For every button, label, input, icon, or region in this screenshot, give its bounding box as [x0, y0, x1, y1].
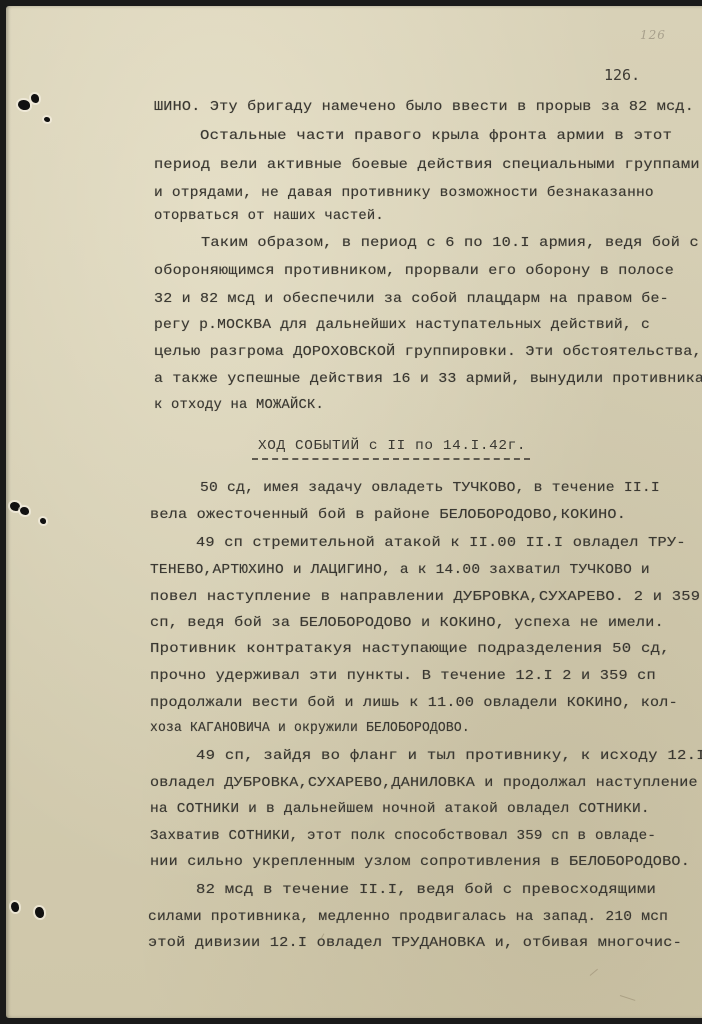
text-line: ШИНО. Эту бригаду намечено было ввести в…: [154, 100, 694, 115]
text-line: вела ожесточенный бой в районе БЕЛОБОРОД…: [150, 508, 626, 523]
text-line: оторваться от наших частей.: [154, 209, 384, 224]
text-line: прочно удерживал эти пункты. В течение 1…: [150, 669, 656, 684]
text-line: Захватив СОТНИКИ, этот полк способствова…: [150, 829, 656, 844]
text-line: сп, ведя бой за БЕЛОБОРОДОВО и КОКИНО, у…: [150, 616, 664, 631]
text-line: обороняющимся противником, прорвали его …: [154, 264, 674, 279]
section-heading: ХОД СОБЫТИЙ с II по 14.I.42г.: [258, 438, 526, 454]
heading-underline: [252, 458, 530, 460]
text-line: хоза КАГАНОВИЧА и окружили БЕЛОБОРОДОВО.: [150, 721, 470, 736]
text-line: 82 мсд в течение II.I, ведя бой с превос…: [196, 883, 656, 898]
text-line: нии сильно укрепленным узлом сопротивлен…: [150, 855, 690, 870]
text-line: 49 сп стремительной атакой к II.00 II.I …: [196, 536, 686, 551]
text-line: целью разгрома ДОРОХОВСКОЙ группировки. …: [154, 345, 702, 360]
text-line: и отрядами, не давая противнику возможно…: [154, 186, 654, 201]
text-line: продолжали вести бой и лишь к 11.00 овла…: [150, 696, 678, 711]
text-line: Остальные части правого крыла фронта арм…: [200, 129, 672, 144]
text-line: а также успешные действия 16 и 33 армий,…: [154, 372, 702, 387]
text-line: овладел ДУБРОВКА,СУХАРЕВО,ДАНИЛОВКА и пр…: [150, 776, 698, 791]
text-line: Таким образом, в период с 6 по 10.I арми…: [201, 236, 699, 251]
scan-bottom-edge: [0, 1018, 702, 1024]
text-line: 32 и 82 мсд и обеспечили за собой плацда…: [154, 292, 669, 307]
text-line: 49 сп, зайдя во фланг и тыл противнику, …: [196, 749, 702, 764]
text-line: на СОТНИКИ и в дальнейшем ночной атакой …: [150, 802, 650, 817]
text-line: этой дивизии 12.I овладел ТРУДАНОВКА и, …: [148, 936, 682, 951]
text-line: повел наступление в направлении ДУБРОВКА…: [150, 590, 700, 605]
text-line: 50 сд, имея задачу овладеть ТУЧКОВО, в т…: [200, 481, 660, 496]
text-line: силами противника, медленно продвигалась…: [148, 910, 668, 925]
text-line: регу р.МОСКВА для дальнейших наступатель…: [154, 318, 650, 333]
document-body: ШИНО. Эту бригаду намечено было ввести в…: [0, 0, 702, 1024]
text-line: Противник контратакуя наступающие подраз…: [150, 642, 670, 657]
text-line: период вели активные боевые действия спе…: [154, 158, 700, 173]
text-line: к отходу на МОЖАЙСК.: [154, 398, 324, 413]
text-line: ТЕНЕВО,АРТЮХИНО и ЛАЦИГИНО, а к 14.00 за…: [150, 563, 650, 578]
